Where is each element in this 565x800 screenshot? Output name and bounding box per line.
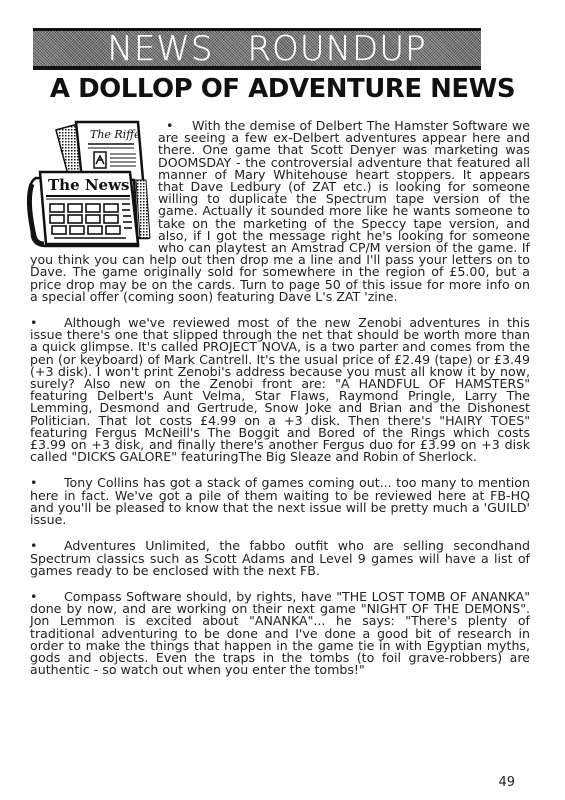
newspaper-icon: The Riffe The News bbox=[26, 120, 154, 248]
news-item: The Riffe The News bbox=[30, 120, 530, 303]
news-item: •Compass Software should, by rights, hav… bbox=[30, 591, 530, 676]
news-item-text: Adventures Unlimited, the fabbo outfit w… bbox=[30, 538, 530, 577]
news-item-text: Compass Software should, by rights, have… bbox=[30, 589, 530, 677]
article-body: The Riffe The News bbox=[30, 120, 530, 690]
svg-text:The Riffe: The Riffe bbox=[90, 128, 141, 141]
article-headline: A DOLLOP OF ADVENTURE NEWS bbox=[0, 74, 565, 104]
news-item: •Adventures Unlimited, the fabbo outfit … bbox=[30, 540, 530, 577]
news-item-text: Although we've reviewed most of the new … bbox=[30, 315, 530, 464]
news-item-text: Tony Collins has got a stack of games co… bbox=[30, 475, 530, 527]
news-item: •Although we've reviewed most of the new… bbox=[30, 317, 530, 463]
news-item: •Tony Collins has got a stack of games c… bbox=[30, 477, 530, 526]
page-number: 49 bbox=[498, 775, 515, 790]
section-banner: NEWS ROUNDUP bbox=[33, 28, 481, 70]
banner-title: NEWS ROUNDUP bbox=[107, 32, 426, 66]
svg-text:The News: The News bbox=[48, 176, 129, 194]
